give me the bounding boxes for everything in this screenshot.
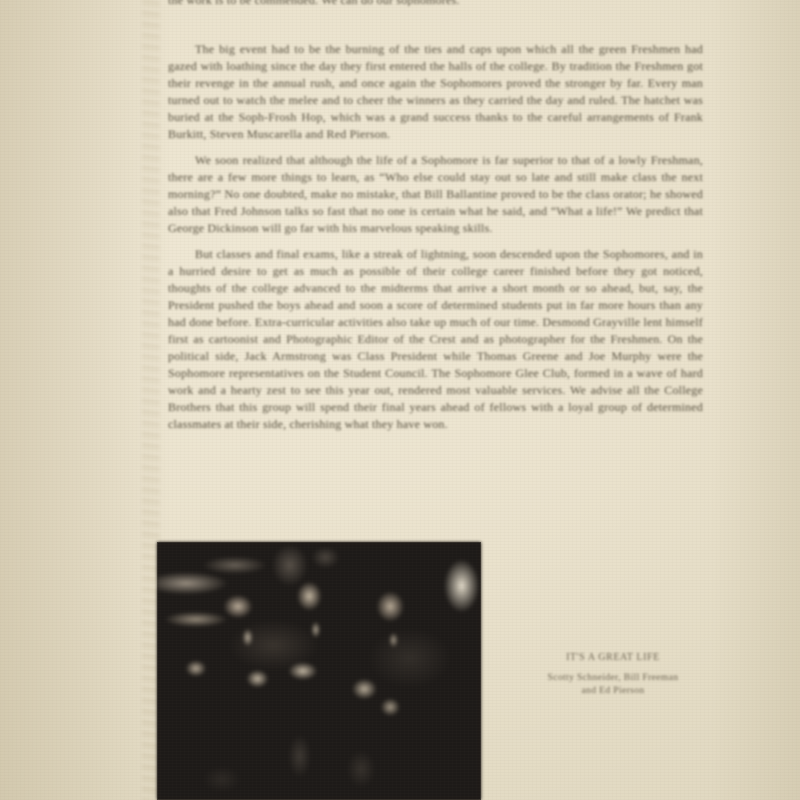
caption-title: IT'S A GREAT LIFE: [518, 651, 708, 664]
paragraph-1: The big event had to be the burning of t…: [168, 41, 703, 143]
group-photo: [157, 542, 481, 800]
page-right-shading: [710, 0, 800, 800]
caption-names-line-1: Scotty Schneider, Bill Freeman: [518, 672, 708, 685]
group-photo-image: [157, 542, 481, 800]
photo-caption: IT'S A GREAT LIFE Scotty Schneider, Bill…: [518, 651, 708, 698]
text-column: the work is to be commended. We can do o…: [168, 0, 703, 433]
paragraph-3: But classes and final exams, like a stre…: [168, 246, 703, 433]
caption-names-line-2: and Ed Pierson: [518, 685, 708, 698]
paragraph-2: We soon realized that although the life …: [168, 152, 703, 237]
partial-top-line: the work is to be commended. We can do o…: [168, 0, 568, 6]
scanned-yearbook-page: the work is to be commended. We can do o…: [0, 0, 800, 800]
